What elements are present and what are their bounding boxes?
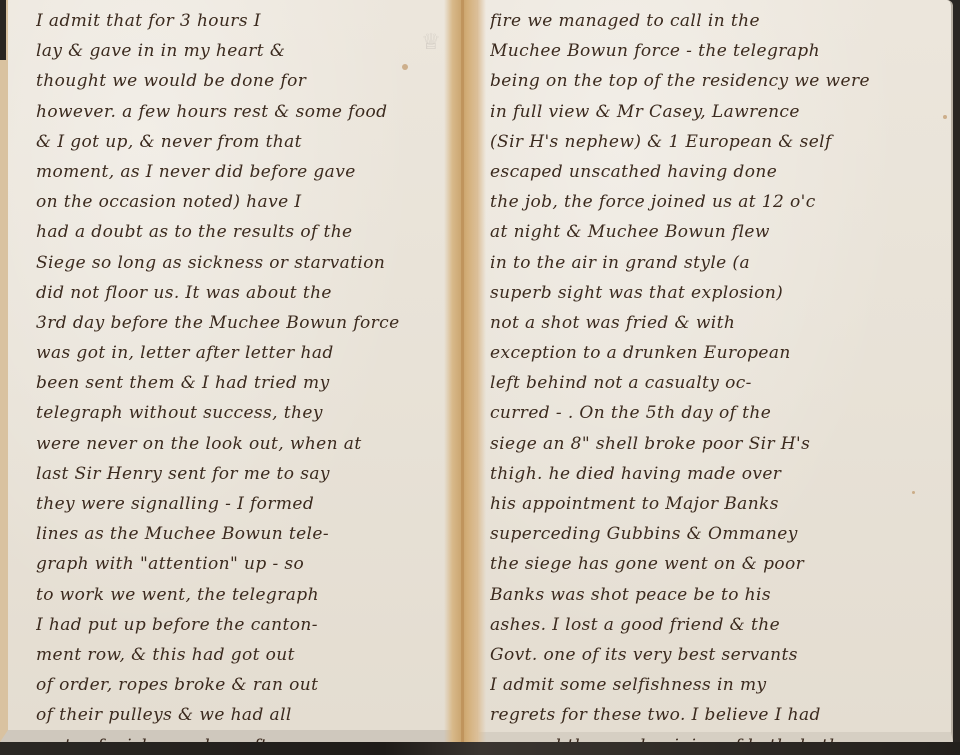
manuscript-line: graph with "attention" up - so bbox=[36, 549, 451, 579]
manuscript-line: I admit some selfishness in my bbox=[490, 670, 940, 700]
manuscript-line: lay & gave in in my heart & bbox=[36, 36, 451, 66]
manuscript-line: exception to a drunken European bbox=[490, 338, 940, 368]
manuscript-line: siege an 8" shell broke poor Sir H's bbox=[490, 429, 940, 459]
manuscript-line: superb sight was that explosion) bbox=[490, 278, 940, 308]
manuscript-line: 3rd day before the Muchee Bowun force bbox=[36, 308, 451, 338]
manuscript-line: the job, the force joined us at 12 o'c bbox=[490, 187, 940, 217]
manuscript-line: left behind not a casualty oc- bbox=[490, 368, 940, 398]
manuscript-line: superceding Gubbins & Ommaney bbox=[490, 519, 940, 549]
manuscript-line: last Sir Henry sent for me to say bbox=[36, 459, 451, 489]
manuscript-line: of their pulleys & we had all bbox=[36, 700, 451, 730]
manuscript-line: his appointment to Major Banks bbox=[490, 489, 940, 519]
manuscript-line: on the occasion noted) have I bbox=[36, 187, 451, 217]
manuscript-line: I admit that for 3 hours I bbox=[36, 6, 451, 36]
manuscript-line: (Sir H's nephew) & 1 European & self bbox=[490, 127, 940, 157]
left-page-lines: I admit that for 3 hours I lay & gave in… bbox=[36, 6, 451, 755]
manuscript-line: telegraph without success, they bbox=[36, 398, 451, 428]
background-surface bbox=[0, 742, 960, 755]
manuscript-line: thought we would be done for bbox=[36, 66, 451, 96]
manuscript-line: to work we went, the telegraph bbox=[36, 580, 451, 610]
manuscript-line: escaped unscathed having done bbox=[490, 157, 940, 187]
manuscript-line: not a shot was fried & with bbox=[490, 308, 940, 338]
manuscript-line: Banks was shot peace be to his bbox=[490, 580, 940, 610]
manuscript-spread: I admit that for 3 hours I lay & gave in… bbox=[0, 0, 960, 745]
manuscript-line: been sent them & I had tried my bbox=[36, 368, 451, 398]
manuscript-line: however. a few hours rest & some food bbox=[36, 97, 451, 127]
manuscript-line: of order, ropes broke & ran out bbox=[36, 670, 451, 700]
manuscript-line: were never on the look out, when at bbox=[36, 429, 451, 459]
ink-spot bbox=[402, 64, 408, 70]
manuscript-line: in to the air in grand style (a bbox=[490, 248, 940, 278]
manuscript-line: curred - . On the 5th day of the bbox=[490, 398, 940, 428]
manuscript-line: being on the top of the residency we wer… bbox=[490, 66, 940, 96]
foxing-spot bbox=[943, 115, 947, 119]
manuscript-line: thigh. he died having made over bbox=[490, 459, 940, 489]
manuscript-line: regrets for these two. I believe I had bbox=[490, 700, 940, 730]
manuscript-line: was got in, letter after letter had bbox=[36, 338, 451, 368]
right-page-lines: fire we managed to call in the Muchee Bo… bbox=[490, 6, 940, 755]
manuscript-line: moment, as I never did before gave bbox=[36, 157, 451, 187]
manuscript-line: & I got up, & never from that bbox=[36, 127, 451, 157]
manuscript-line: Govt. one of its very best servants bbox=[490, 640, 940, 670]
foxing-spot bbox=[912, 491, 915, 494]
manuscript-line: ment row, & this had got out bbox=[36, 640, 451, 670]
right-page: fire we managed to call in the Muchee Bo… bbox=[478, 0, 953, 742]
manuscript-line: lines as the Muchee Bowun tele- bbox=[36, 519, 451, 549]
binding-gutter-stain bbox=[444, 0, 486, 742]
manuscript-line: ashes. I lost a good friend & the bbox=[490, 610, 940, 640]
manuscript-line: in full view & Mr Casey, Lawrence bbox=[490, 97, 940, 127]
manuscript-line: Muchee Bowun force - the telegraph bbox=[490, 36, 940, 66]
manuscript-line: the siege has gone went on & poor bbox=[490, 549, 940, 579]
binding-fold-line bbox=[461, 0, 464, 742]
manuscript-line: they were signalling - I formed bbox=[36, 489, 451, 519]
manuscript-line: Siege so long as sickness or starvation bbox=[36, 248, 451, 278]
manuscript-line: had a doubt as to the results of the bbox=[36, 217, 451, 247]
manuscript-line: did not floor us. It was about the bbox=[36, 278, 451, 308]
embossed-crest-icon: ♕ bbox=[418, 28, 444, 58]
manuscript-line: at night & Muchee Bowun flew bbox=[490, 217, 940, 247]
manuscript-line: fire we managed to call in the bbox=[490, 6, 940, 36]
manuscript-line: I had put up before the canton- bbox=[36, 610, 451, 640]
background-edge bbox=[0, 0, 6, 60]
left-page: I admit that for 3 hours I lay & gave in… bbox=[0, 0, 462, 742]
